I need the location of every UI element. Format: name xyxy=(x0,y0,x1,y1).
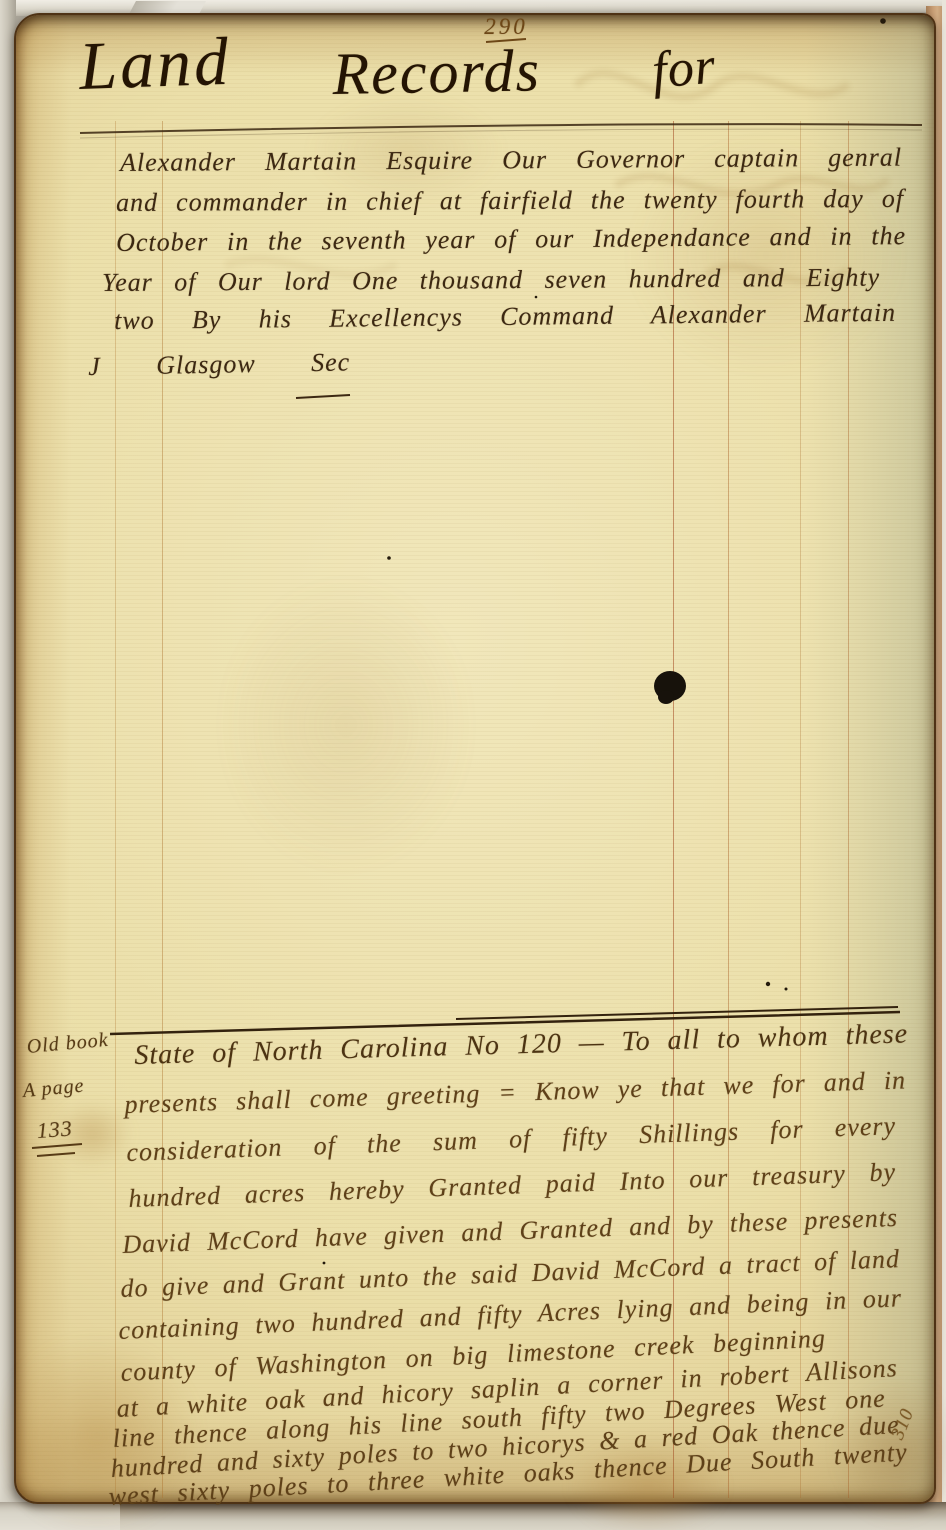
entry-top-signature: J Glasgow Sec xyxy=(88,348,351,407)
margin-underline xyxy=(32,1144,82,1156)
header-word-land: Land xyxy=(78,26,232,103)
header-word-records: Records xyxy=(332,39,541,106)
header-word-for: for xyxy=(650,39,718,99)
ledger-page: 290 Land Records for Alexander Martain E… xyxy=(14,13,936,1504)
margin-note-page-ref: 133 xyxy=(36,1116,74,1142)
scanned-ledger-scan: { "document": { "folio_number": "290", "… xyxy=(0,0,946,1530)
header-rule-line xyxy=(80,124,922,133)
scan-right-margin xyxy=(942,0,946,1530)
ink-blot-tail xyxy=(658,690,674,704)
folio-number: 290 xyxy=(446,15,566,39)
